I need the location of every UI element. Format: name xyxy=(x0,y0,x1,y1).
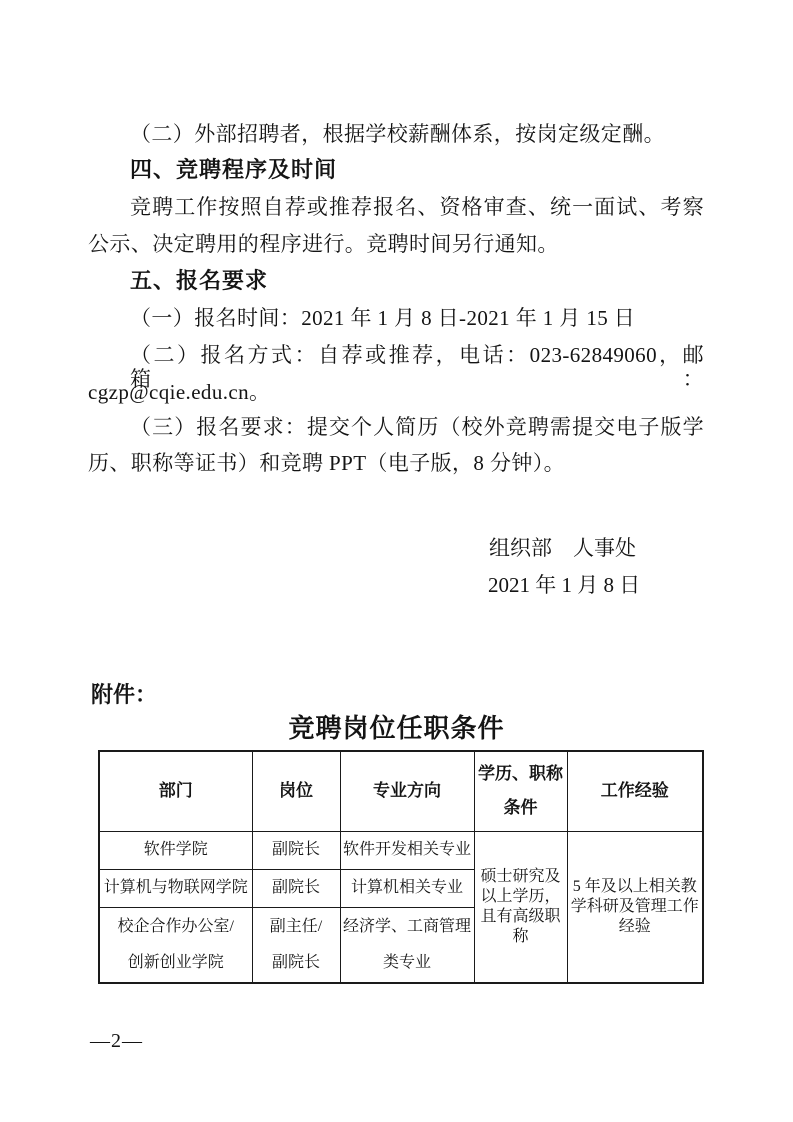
cell-department: 校企合作办公室/ 创新创业学院 xyxy=(99,907,252,983)
attachment-label: 附件： xyxy=(91,678,157,709)
table-header-row: 部门 岗位 专业方向 学历、职称 条件 工作经验 xyxy=(99,751,703,831)
signature-date: 2021 年 1 月 8 日 xyxy=(488,573,640,597)
cell-major: 软件开发相关专业 xyxy=(340,831,474,869)
cell-post: 副主任/ 副院长 xyxy=(252,907,340,983)
header-cell-qualification: 学历、职称 条件 xyxy=(474,751,567,831)
cell-major: 经济学、工商管理 类专业 xyxy=(340,907,474,983)
cell-major: 计算机相关专业 xyxy=(340,869,474,907)
header-cell-department: 部门 xyxy=(99,751,252,831)
item-registration-requirement-line2: 历、职称等证书）和竞聘 PPT（电子版，8 分钟）。 xyxy=(88,451,704,475)
header-cell-major: 专业方向 xyxy=(340,751,474,831)
paragraph-external-salary: （二）外部招聘者，根据学校薪酬体系，按岗定级定酬。 xyxy=(88,122,704,146)
item-registration-method-line2-email: cgzp@cqie.edu.cn。 xyxy=(88,380,704,404)
page-number: —2— xyxy=(90,1030,143,1053)
cell-experience-merged: 5 年及以上相关教 学科研及管理工作 经验 xyxy=(567,831,703,983)
signature-department: 组织部 人事处 xyxy=(489,536,636,560)
attachment-table-title: 竞聘岗位任职条件 xyxy=(0,708,793,745)
item-registration-requirement-line1: （三）报名要求：提交个人简历（校外竞聘需提交电子版学 xyxy=(88,415,704,439)
item-registration-time: （一）报名时间：2021 年 1 月 8 日-2021 年 1 月 15 日 xyxy=(88,306,704,330)
section-heading-5: 五、报名要求 xyxy=(88,269,704,293)
cell-post: 副院长 xyxy=(252,831,340,869)
document-page: （二）外部招聘者，根据学校薪酬体系，按岗定级定酬。 四、竞聘程序及时间 竞聘工作… xyxy=(0,0,793,1122)
cell-post: 副院长 xyxy=(252,869,340,907)
cell-department: 软件学院 xyxy=(99,831,252,869)
header-cell-post: 岗位 xyxy=(252,751,340,831)
paragraph-procedure-line1: 竞聘工作按照自荐或推荐报名、资格审查、统一面试、考察 xyxy=(88,195,704,219)
paragraph-procedure-line2: 公示、决定聘用的程序进行。竞聘时间另行通知。 xyxy=(88,232,704,256)
header-cell-experience: 工作经验 xyxy=(567,751,703,831)
table-row: 软件学院 副院长 软件开发相关专业 硕士研究及 以上学历， 且有高级职 称 5 … xyxy=(99,831,703,869)
section-heading-4: 四、竞聘程序及时间 xyxy=(88,158,704,182)
attachment-table: 部门 岗位 专业方向 学历、职称 条件 工作经验 软件学院 副院长 软件开发相关… xyxy=(98,750,704,984)
cell-qualification-merged: 硕士研究及 以上学历， 且有高级职 称 xyxy=(474,831,567,983)
cell-department: 计算机与物联网学院 xyxy=(99,869,252,907)
